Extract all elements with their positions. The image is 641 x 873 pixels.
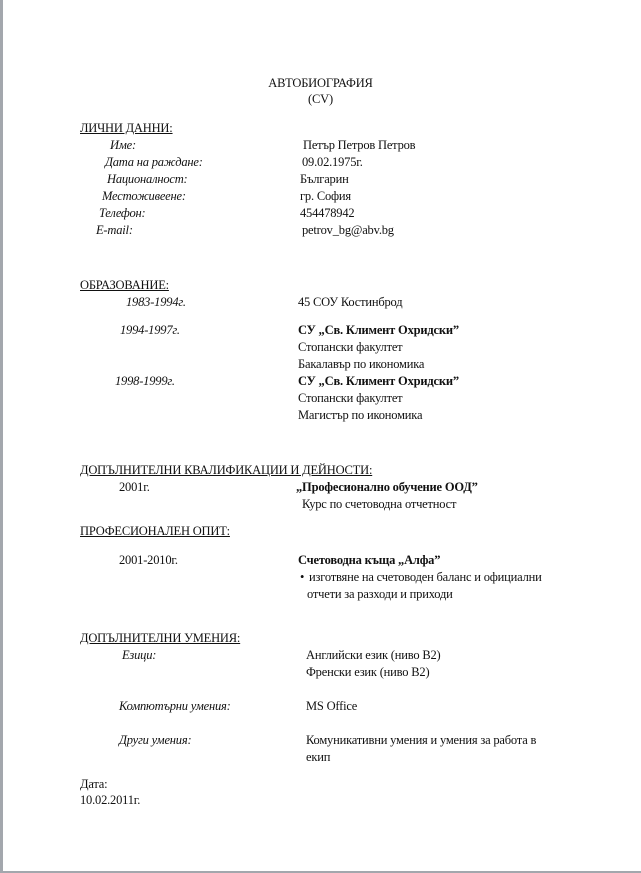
bullet-icon: • bbox=[300, 570, 304, 585]
label-residence: Местоживеене: bbox=[102, 189, 186, 204]
label-birthdate: Дата на раждане: bbox=[105, 155, 203, 170]
value-name: Петър Петров Петров bbox=[303, 138, 415, 153]
label-other-skills: Други умения: bbox=[119, 733, 191, 748]
education-faculty: Стопански факултет bbox=[298, 340, 402, 355]
section-heading-personal: ЛИЧНИ ДАННИ: bbox=[80, 121, 173, 136]
page-left-border bbox=[0, 0, 3, 873]
value-computer-skills: MS Office bbox=[306, 699, 357, 714]
qualification-institution: „Професионално обучение ООД” bbox=[296, 480, 478, 495]
value-email: petrov_bg@abv.bg bbox=[302, 223, 394, 238]
experience-duty-continued: отчети за разходи и приходи bbox=[307, 587, 453, 602]
section-heading-skills: ДОПЪЛНИТЕЛНИ УМЕНИЯ: bbox=[80, 631, 240, 646]
value-other-skills-continued: екип bbox=[306, 750, 330, 765]
experience-employer: Счетоводна къща „Алфа” bbox=[298, 553, 440, 568]
date-value: 10.02.2011г. bbox=[80, 793, 140, 808]
value-residence: гр. София bbox=[300, 189, 351, 204]
label-nationality: Националност: bbox=[107, 172, 188, 187]
section-heading-experience: ПРОФЕСИОНАЛЕН ОПИТ: bbox=[80, 524, 230, 539]
value-other-skills: Комуникативни умения и умения за работа … bbox=[306, 733, 536, 748]
label-name: Име: bbox=[110, 138, 136, 153]
education-degree: Магистър по икономика bbox=[298, 408, 422, 423]
education-institution: СУ „Св. Климент Охридски” bbox=[298, 323, 459, 338]
section-heading-qualifications: ДОПЪЛНИТЕЛНИ КВАЛИФИКАЦИИ И ДЕЙНОСТИ: bbox=[80, 463, 372, 478]
document-title: АВТОБИОГРАФИЯ bbox=[0, 76, 641, 91]
qualification-period: 2001г. bbox=[119, 480, 150, 495]
value-nationality: Българин bbox=[300, 172, 349, 187]
education-period: 1994-1997г. bbox=[120, 323, 180, 338]
value-phone: 454478942 bbox=[300, 206, 354, 221]
value-language: Френски език (ниво B2) bbox=[306, 665, 429, 680]
value-language: Английски език (ниво B2) bbox=[306, 648, 440, 663]
education-school: 45 СОУ Костинброд bbox=[298, 295, 402, 310]
label-phone: Телефон: bbox=[99, 206, 145, 221]
education-period: 1983-1994г. bbox=[126, 295, 186, 310]
education-degree: Бакалавър по икономика bbox=[298, 357, 424, 372]
document-subtitle: (CV) bbox=[0, 92, 641, 107]
value-birthdate: 09.02.1975г. bbox=[302, 155, 363, 170]
experience-period: 2001-2010г. bbox=[119, 553, 178, 568]
date-label: Дата: bbox=[80, 777, 107, 792]
label-email: E-mail: bbox=[96, 223, 133, 238]
qualification-detail: Курс по счетоводна отчетност bbox=[302, 497, 456, 512]
label-computer-skills: Компютърни умения: bbox=[119, 699, 231, 714]
experience-duty: изготвяне на счетоводен баланс и официал… bbox=[309, 570, 542, 585]
education-faculty: Стопански факултет bbox=[298, 391, 402, 406]
education-institution: СУ „Св. Климент Охридски” bbox=[298, 374, 459, 389]
section-heading-education: ОБРАЗОВАНИЕ: bbox=[80, 278, 169, 293]
label-languages: Езици: bbox=[122, 648, 156, 663]
education-period: 1998-1999г. bbox=[115, 374, 175, 389]
